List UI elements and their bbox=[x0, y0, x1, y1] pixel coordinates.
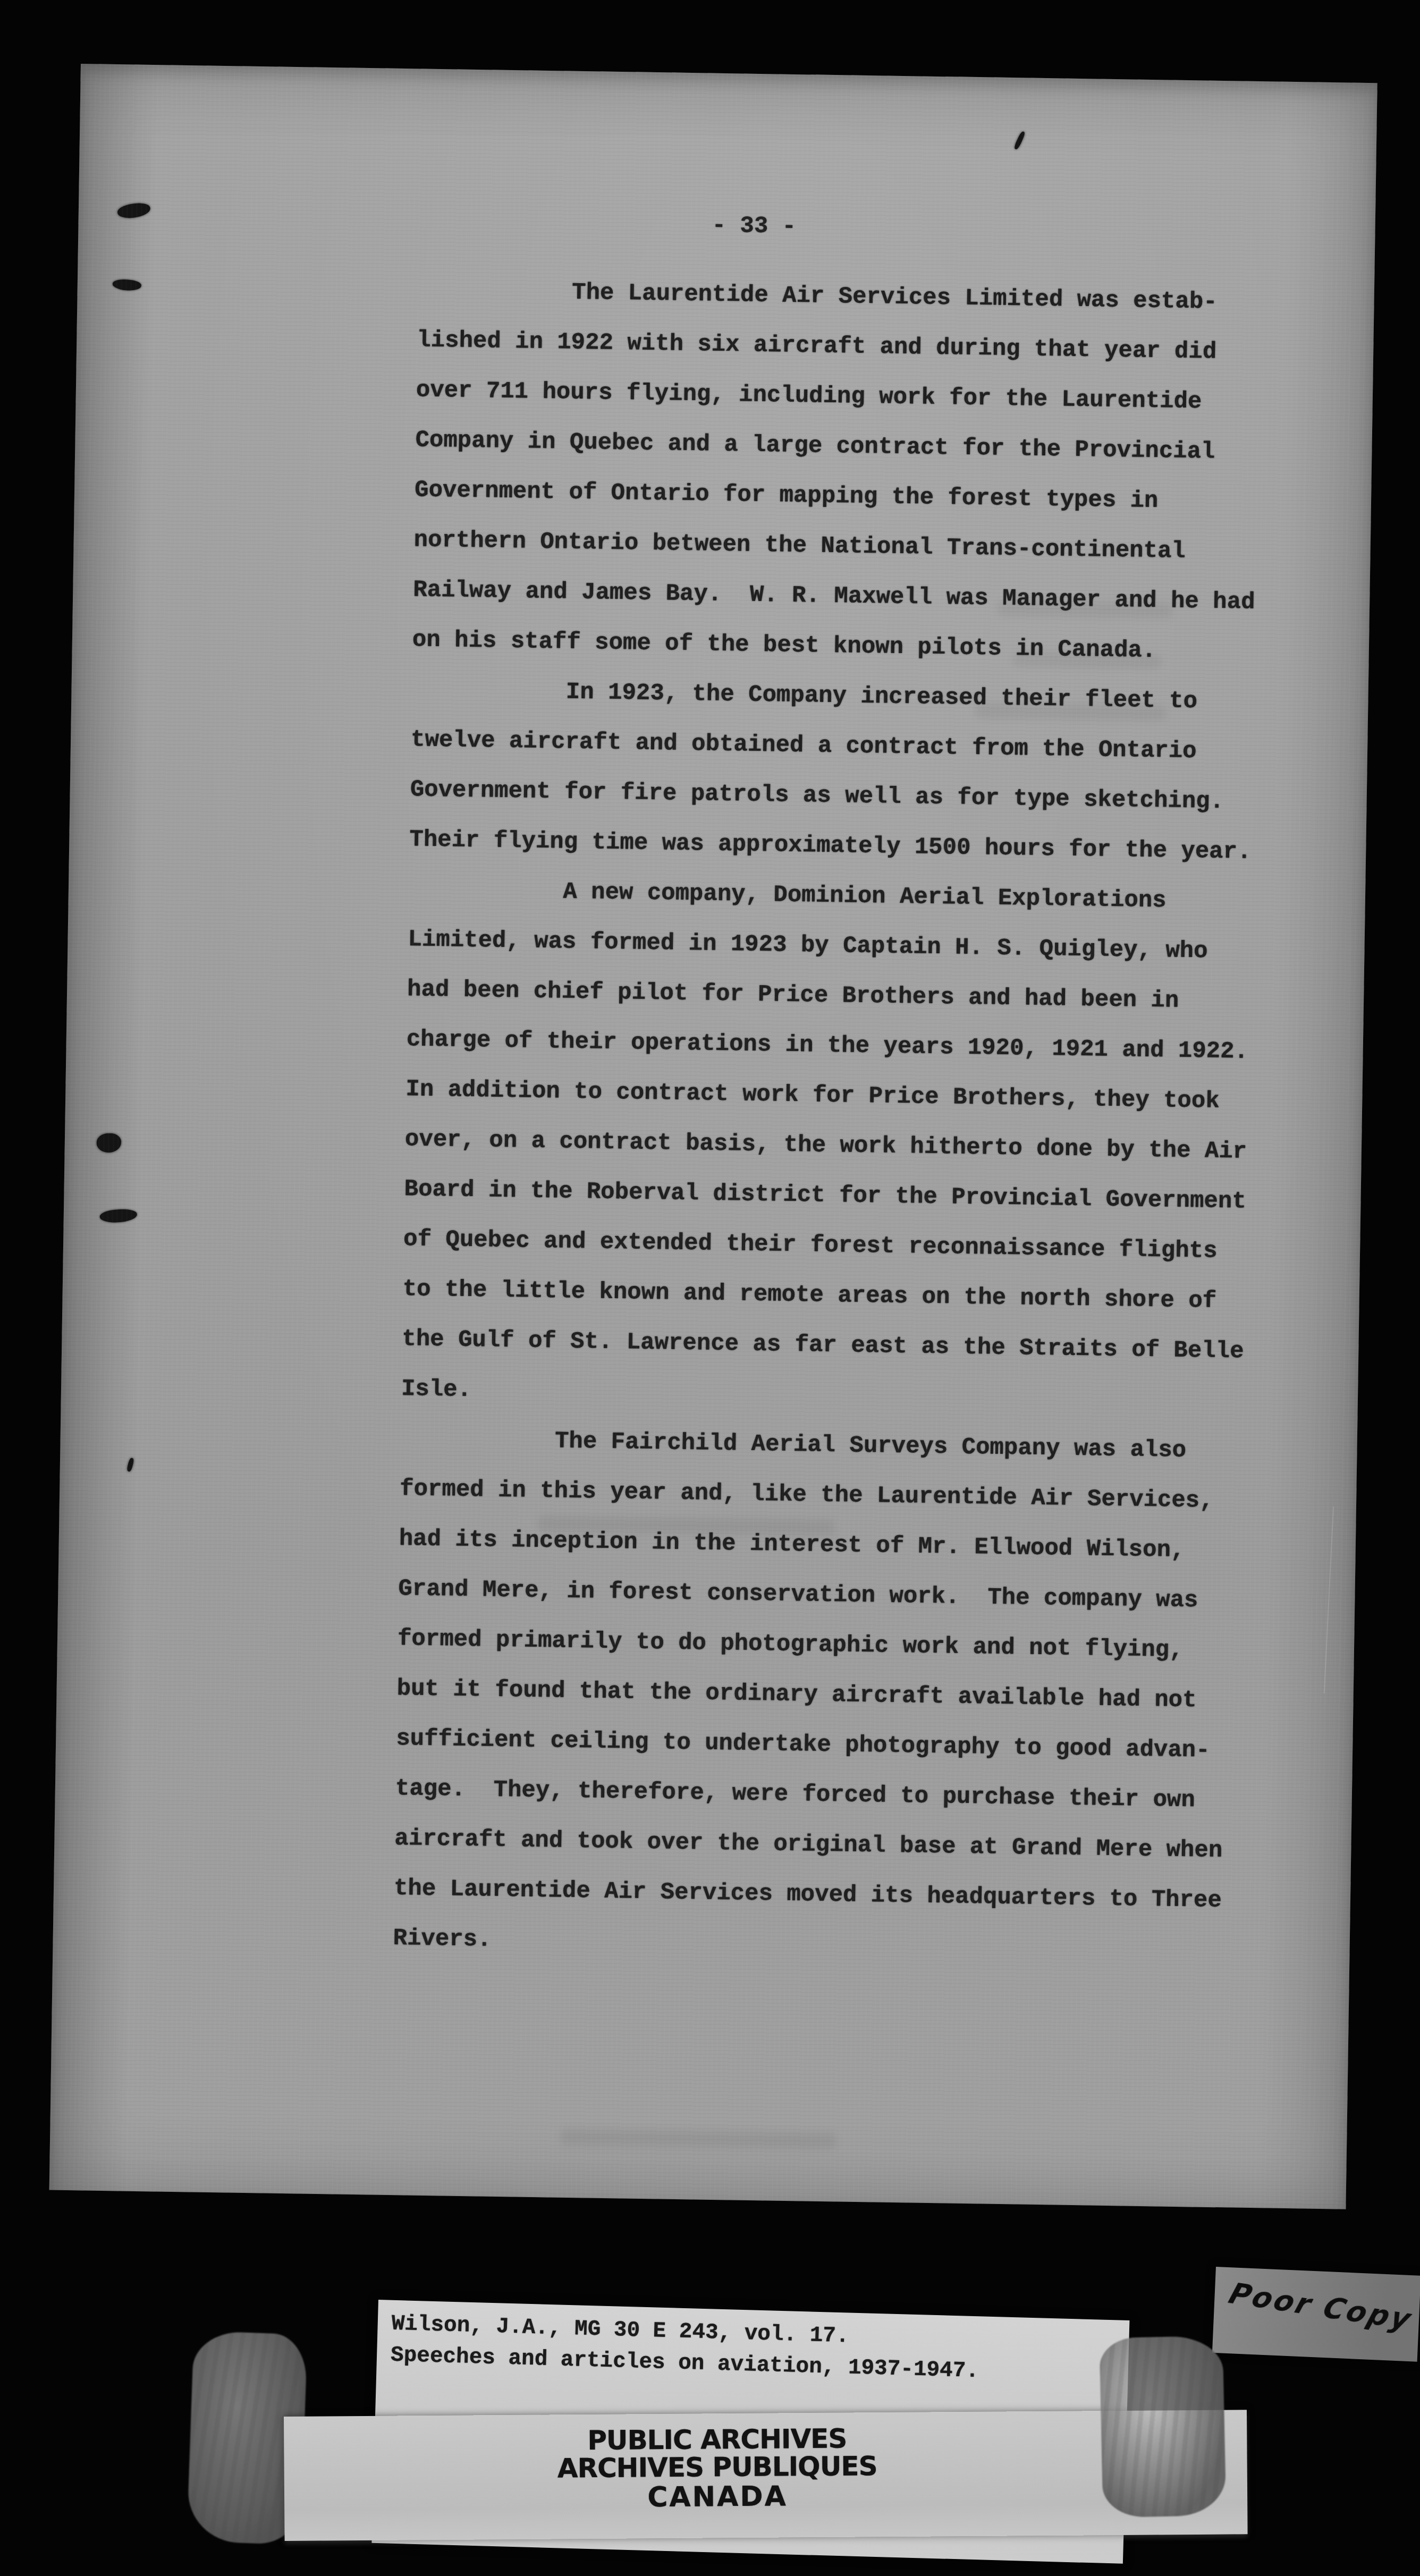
tape-fragment bbox=[1099, 2336, 1226, 2518]
handwritten-note: Poor Copy bbox=[1225, 2276, 1417, 2336]
scratch-mark bbox=[1324, 1506, 1334, 1693]
ink-blot bbox=[112, 278, 141, 291]
typed-text: The Laurentide Air Services Limited was … bbox=[393, 265, 1260, 1976]
scanned-archive-sheet: - 33 - The Laurentide Air Services Limit… bbox=[0, 0, 1420, 2576]
bleed-through-smudge bbox=[1012, 653, 1161, 668]
bleed-through-smudge bbox=[998, 601, 1173, 618]
document-page: - 33 - The Laurentide Air Services Limit… bbox=[49, 64, 1377, 2209]
ink-blot bbox=[126, 1458, 134, 1472]
ink-blot bbox=[99, 1208, 137, 1223]
ink-blot bbox=[1013, 131, 1026, 150]
bleed-through-smudge bbox=[560, 2129, 836, 2150]
bleed-through-smudge bbox=[975, 703, 1166, 721]
page-number: - 33 - bbox=[712, 213, 796, 240]
stamp-line-country: CANADA bbox=[284, 2479, 1151, 2515]
ink-blot bbox=[117, 202, 151, 220]
ink-blot bbox=[97, 1133, 122, 1153]
handwritten-note-slip: Poor Copy bbox=[1212, 2267, 1420, 2362]
